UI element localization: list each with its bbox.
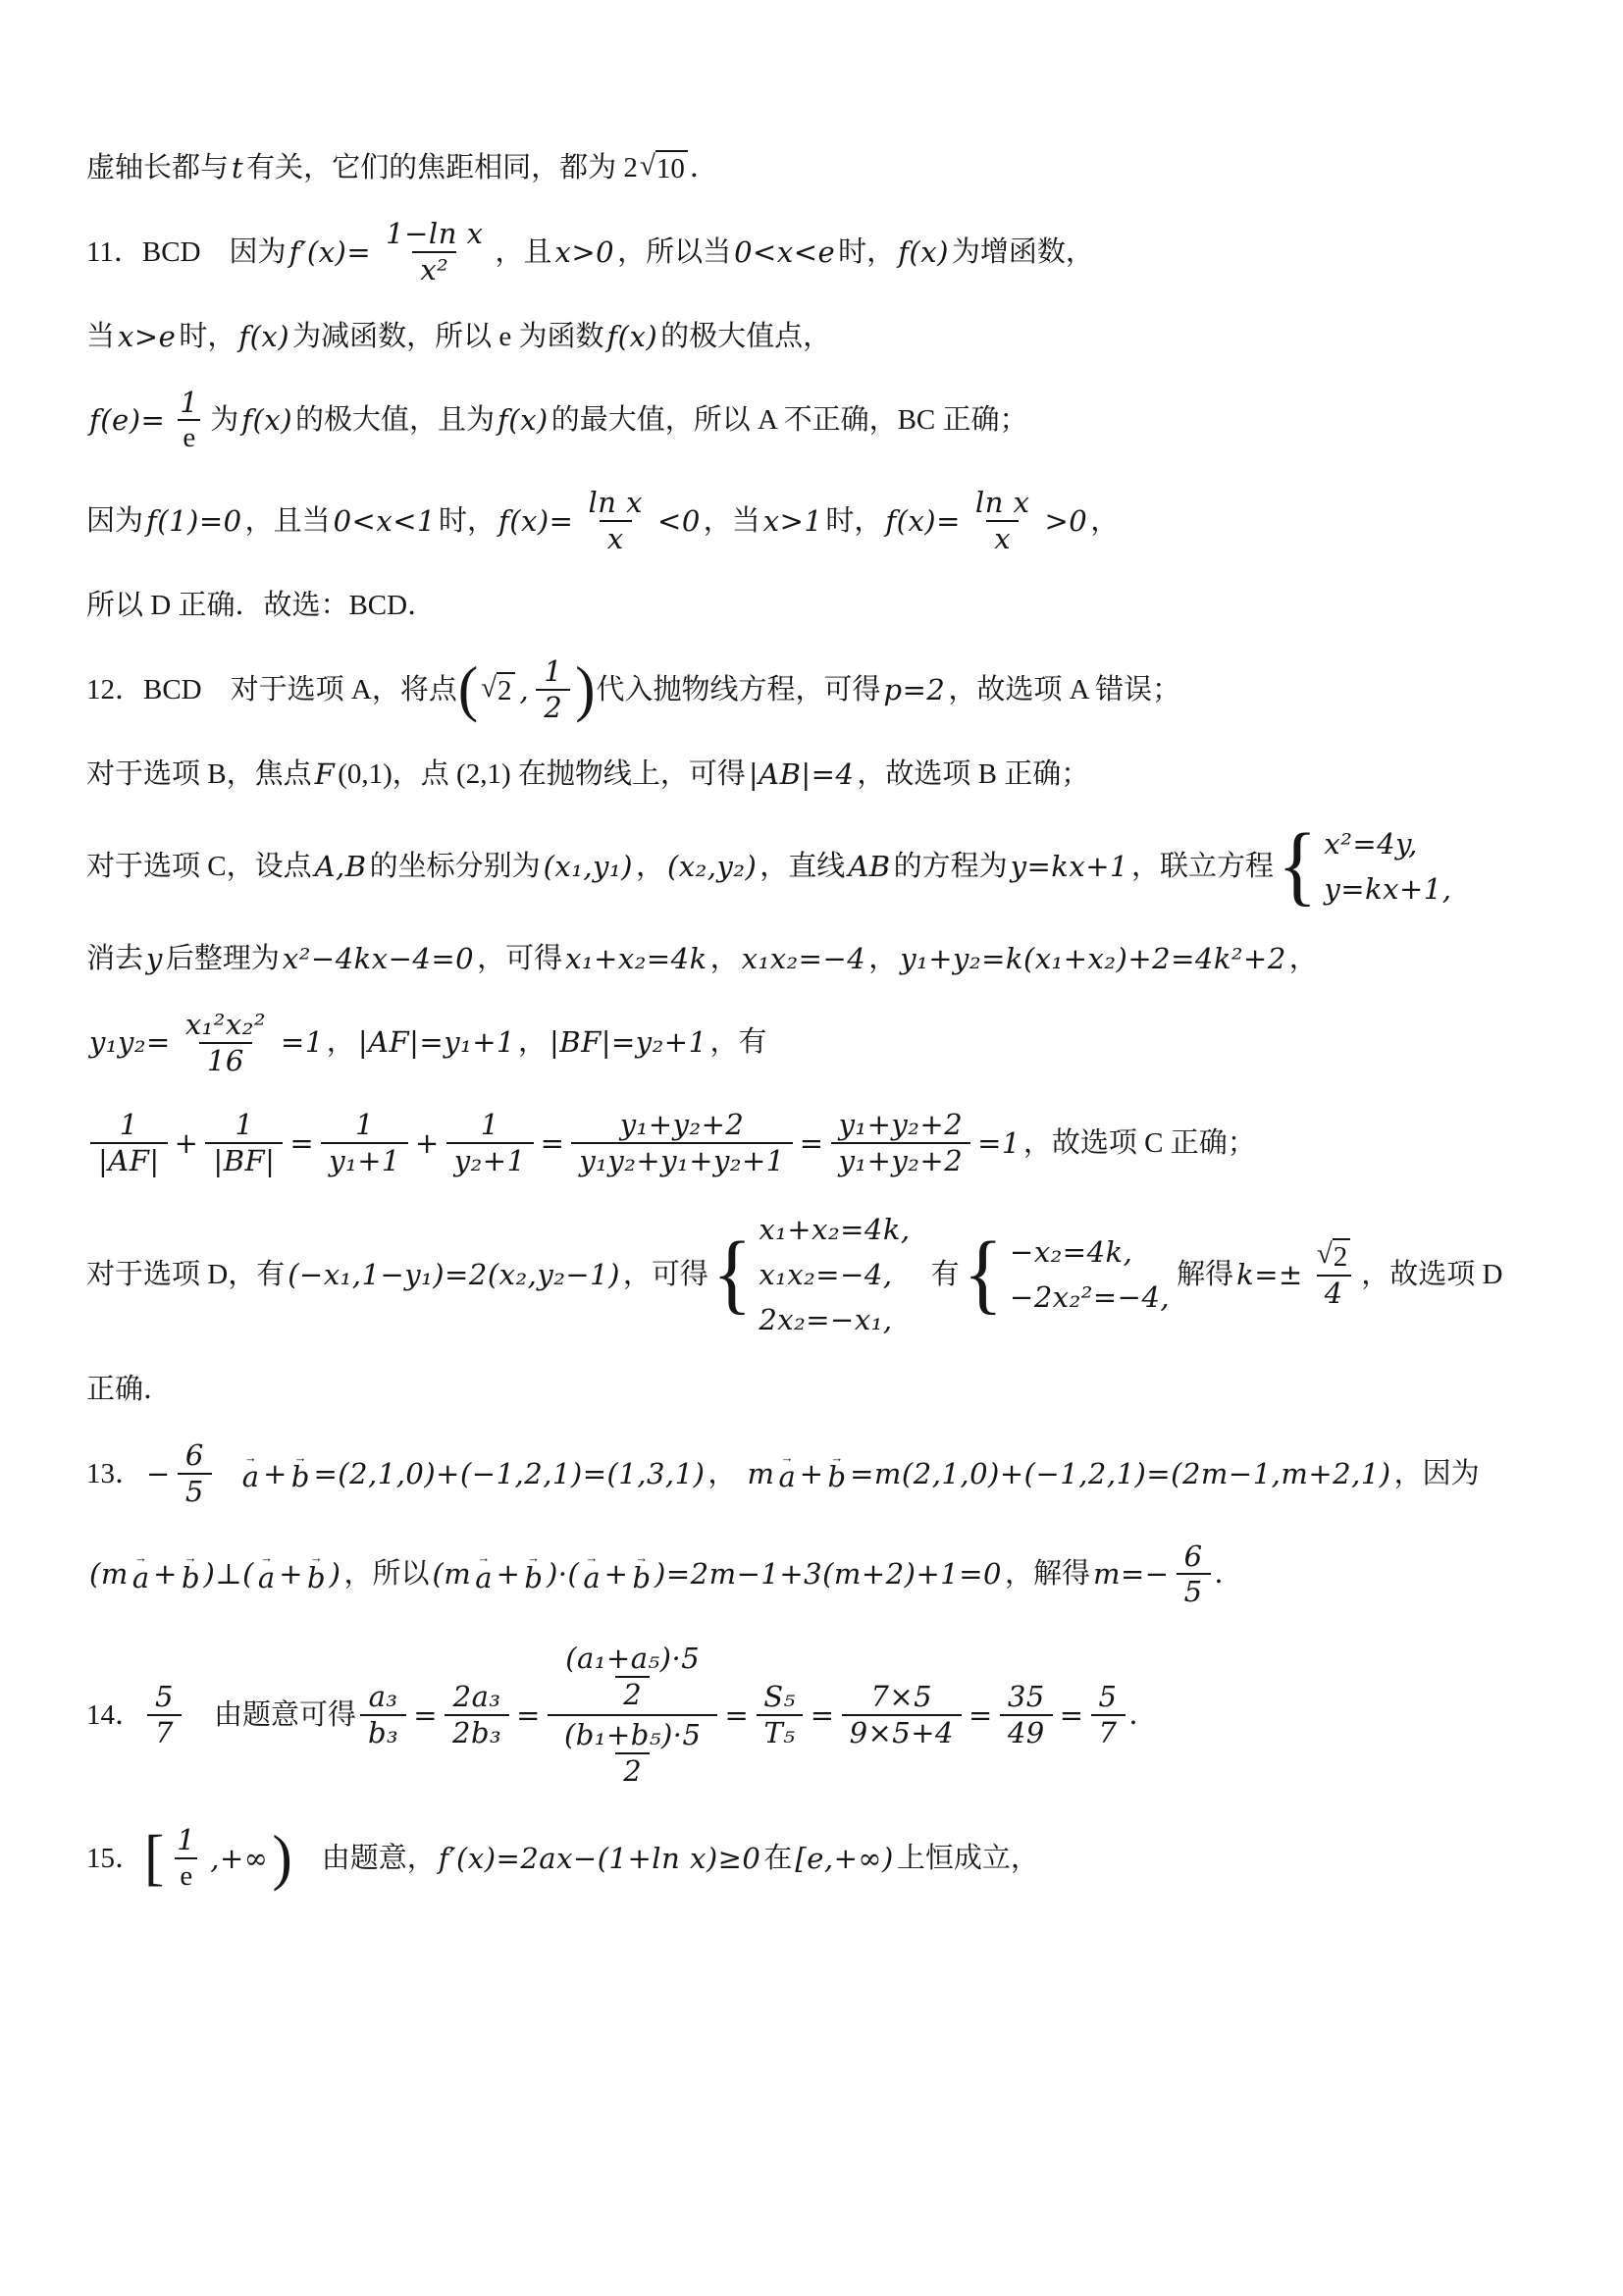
vector: →b xyxy=(307,1554,326,1593)
text-run: 所以 D 正确．故选：BCD． xyxy=(86,585,436,626)
math-run: 4 xyxy=(1322,1277,1346,1311)
answer-13-line-2: (m→a+→b)⊥(→a+→b)，所以(m→a+→b)·(→a+→b)=2m−1… xyxy=(86,1538,1554,1612)
radical-argument: 2 xyxy=(497,672,515,707)
fraction: 57 xyxy=(147,1680,182,1750)
text-run: 当 xyxy=(86,316,115,357)
text-run: 因为 xyxy=(86,500,143,542)
math-run: y₁y₂+y₁+y₂+1 xyxy=(576,1144,787,1178)
fraction-denominator: 5 xyxy=(1177,1573,1211,1609)
math-run: x₁+x₂=4k xyxy=(562,938,710,979)
math-run: = xyxy=(1057,1695,1087,1736)
vector-letter: b xyxy=(524,1563,543,1594)
fraction: 57 xyxy=(1091,1680,1126,1750)
math-run: (−x₁,1−y₁)=2(x₂,y₂−1) xyxy=(285,1254,623,1295)
vector: →a xyxy=(258,1554,275,1593)
vector: →b xyxy=(828,1454,847,1493)
math-run: x₁x₂=−4 xyxy=(739,938,869,979)
math-run: )=2m−1+3(m+2)+1=0 xyxy=(652,1553,1005,1594)
fraction: S₅T₅ xyxy=(756,1680,804,1750)
fraction-denominator: 2 xyxy=(536,689,570,725)
left-brace-icon: { xyxy=(1278,826,1317,907)
spacer xyxy=(216,1473,241,1474)
system-row: −x₂=4k, xyxy=(1007,1231,1135,1273)
math-run: 1 xyxy=(177,386,201,420)
fraction-numerator: S₅ xyxy=(756,1680,804,1714)
math-run: >0 xyxy=(1041,500,1090,542)
math-run: + xyxy=(150,1553,181,1594)
answer-11-line-3: f(e)=1e为f(x)的极大值，且为f(x)的最大值，所以 A 不正确，BC … xyxy=(86,384,1554,458)
math-run: 1 xyxy=(541,654,565,689)
spacer xyxy=(736,1473,744,1474)
fraction-denominator: y₁+y₂+2 xyxy=(831,1142,971,1178)
answer-14-line-1: 14．57 由题意可得a₃b₃=2a₃2b₃=(a₁+a₅)·52(b₁+b₅)… xyxy=(86,1638,1554,1792)
text-run: ，直线 xyxy=(759,846,845,887)
solution-lines-container: 虚轴长都与t有关，它们的焦距相同，都为 2√10．11．BCD 因为f′(x)=… xyxy=(86,147,1554,1896)
math-run: x>0 xyxy=(551,232,617,273)
fraction-numerator: ln x xyxy=(580,486,651,520)
math-run: =(2,1,0)+(−1,2,1)=(1,3,1) xyxy=(310,1453,707,1494)
text-run: 14． xyxy=(86,1695,143,1736)
math-run: f(x) xyxy=(603,316,660,357)
math-run: 2 xyxy=(620,1678,645,1712)
math-run: = xyxy=(808,1695,838,1736)
fraction: ln xx xyxy=(968,486,1038,556)
text-run: 12．BCD 对于选项 A，将点 xyxy=(86,669,457,710)
math-run: k=± xyxy=(1233,1254,1306,1295)
fraction-numerator: 7×5 xyxy=(863,1680,940,1714)
math-run: f′(x)= xyxy=(287,232,375,273)
math-run: y₁+1 xyxy=(326,1144,403,1178)
vector-letter: a xyxy=(132,1563,149,1594)
answer-sheet-page: 虚轴长都与t有关，它们的焦距相同，都为 2√10．11．BCD 因为f′(x)=… xyxy=(0,0,1623,1981)
text-run: 有关，它们的焦距相同，都为 2 xyxy=(246,147,638,188)
text-run: ，故选项 C 正确； xyxy=(1023,1122,1256,1164)
math-run: 7 xyxy=(152,1716,177,1750)
math-run: A,B xyxy=(312,846,370,887)
answer-12-line-7: 对于选项 D，有(−x₁,1−y₁)=2(x₂,y₂−1)，可得{x₁+x₂=4… xyxy=(86,1207,1554,1342)
fraction-denominator: 5 xyxy=(178,1473,212,1509)
answer-15-line-1: 15．[1e,+∞) 由题意，f′(x)=2ax−(1+ln x)≥0在[e,+… xyxy=(86,1821,1554,1896)
math-run: 7×5 xyxy=(867,1680,935,1714)
answer-12-line-5: y₁y₂=x₁²x₂²16=1，|AF|=y₁+1，|BF|=y₂+1，有 xyxy=(86,1006,1554,1080)
vector: →b xyxy=(524,1554,543,1593)
text-run: ， xyxy=(327,1021,355,1063)
fraction-denominator: T₅ xyxy=(757,1714,804,1750)
math-run: , xyxy=(517,669,533,710)
fraction-numerator: √2 xyxy=(1310,1238,1357,1274)
math-run: −x₂=4k, xyxy=(1007,1231,1135,1273)
vector: →a xyxy=(242,1454,259,1493)
fraction-denominator: y₁+1 xyxy=(321,1142,408,1178)
math-run: + xyxy=(260,1453,290,1494)
fraction-numerator: 35 xyxy=(1000,1680,1053,1714)
text-run: ． xyxy=(1129,1695,1158,1736)
fraction-denominator: b₃ xyxy=(360,1714,406,1750)
vector-letter: b xyxy=(182,1563,200,1594)
math-run: x xyxy=(604,522,627,556)
math-run: 5 xyxy=(1181,1575,1206,1609)
answer-12-line-2: 对于选项 B，焦点F(0,1)，点 (2,1) 在抛物线上，可得|AB|=4，故… xyxy=(86,754,1554,795)
text-run: (0,1)，点 (2,1) 在抛物线上，可得 xyxy=(338,754,746,795)
system-rows: x₁+x₂=4k,x₁x₂=−4,2x₂=−x₁, xyxy=(756,1209,913,1340)
left-brace-icon: { xyxy=(964,1234,1003,1315)
vector-letter: a xyxy=(475,1563,492,1594)
answer-11-line-5: 所以 D 正确．故选：BCD． xyxy=(86,585,1554,626)
fraction-numerator: (a₁+a₅)·52 xyxy=(549,1640,716,1714)
fraction-denominator: x² xyxy=(412,251,456,287)
fraction: 2a₃2b₃ xyxy=(445,1680,509,1750)
math-run: x²−4kx−4=0 xyxy=(280,938,477,979)
math-run: t xyxy=(229,147,246,188)
answer-13-line-1: 13．−65→a+→b=(2,1,0)+(−1,2,1)=(1,3,1)，m→a… xyxy=(86,1436,1554,1511)
math-run: F xyxy=(312,754,339,795)
fraction: 1y₁+1 xyxy=(321,1108,408,1178)
math-run: 1−ln x xyxy=(383,217,486,251)
text-run: ， xyxy=(707,1453,736,1494)
big-bracket: [ xyxy=(144,1829,164,1889)
vector-letter: a xyxy=(583,1563,600,1594)
math-run: 2b₃ xyxy=(449,1716,504,1750)
text-run: 代入抛物线方程，可得 xyxy=(596,669,880,710)
text-run: ，联立方程 xyxy=(1131,846,1274,887)
text-run: 正确． xyxy=(86,1369,172,1410)
text-run: 有 xyxy=(931,1254,960,1295)
math-run: p=2 xyxy=(881,669,949,710)
fraction-numerator: 1 xyxy=(536,654,570,689)
text-run: ， xyxy=(636,846,664,887)
math-run: = xyxy=(410,1695,441,1736)
vector-letter: b xyxy=(291,1462,310,1493)
text-run: 为增函数， xyxy=(952,232,1094,273)
vector: →a xyxy=(583,1554,600,1593)
math-run: ) xyxy=(327,1553,344,1594)
fraction-denominator: y₂+1 xyxy=(446,1142,534,1178)
math-run: f(1)=0 xyxy=(143,500,245,542)
text-run: ，所以当 xyxy=(617,232,731,273)
math-run: + xyxy=(276,1553,306,1594)
text-run: 上恒成立， xyxy=(897,1838,1039,1879)
fraction: 3549 xyxy=(1000,1680,1053,1750)
answer-12-line-3: 对于选项 C，设点A,B的坐标分别为(x₁,y₁)，(x₂,y₂)，直线AB的方… xyxy=(86,821,1554,912)
math-run: b₃ xyxy=(365,1716,401,1750)
math-run: = xyxy=(966,1695,996,1736)
fraction: √24 xyxy=(1310,1238,1357,1310)
fraction-denominator: 4 xyxy=(1317,1275,1351,1311)
text-run: 由题意可得 xyxy=(185,1695,356,1736)
text-run: 时， xyxy=(439,500,496,542)
math-run: |BF| xyxy=(210,1144,278,1178)
math-run: y₁+y₂+2 xyxy=(836,1144,967,1178)
math-run: 1 xyxy=(232,1108,256,1142)
radical: √2 xyxy=(481,672,514,707)
math-run: |AF| xyxy=(95,1144,163,1178)
math-run: ln x xyxy=(585,486,646,520)
fraction-denominator: 2b₃ xyxy=(445,1714,509,1750)
system-row: −2x₂²=−4, xyxy=(1007,1277,1173,1318)
fraction-numerator: x₁²x₂² xyxy=(178,1008,274,1042)
fraction-denominator: 7 xyxy=(1091,1714,1126,1750)
system-row: y=kx+1, xyxy=(1321,868,1454,910)
text-run: 的最大值，所以 A 不正确，BC 正确； xyxy=(551,399,1028,441)
math-run: |BF|=y₂+1 xyxy=(547,1021,710,1063)
math-run: −2x₂²=−4, xyxy=(1007,1277,1173,1318)
math-run: 6 xyxy=(183,1438,207,1473)
fraction: ln xx xyxy=(580,486,651,556)
text-run: 对于选项 B，焦点 xyxy=(86,754,312,795)
math-run: x₁x₂=−4, xyxy=(756,1254,895,1295)
fraction-numerator: 1 xyxy=(172,386,206,420)
answer-11-line-2: 当x>e时，f(x)为减函数，所以 e 为函数f(x)的极大值点， xyxy=(86,316,1554,357)
text-run: 10 xyxy=(656,153,685,185)
fraction: y₁+y₂+2y₁+y₂+2 xyxy=(831,1108,971,1178)
text-run: ． xyxy=(690,147,718,188)
system-row: x₁+x₂=4k, xyxy=(756,1209,913,1250)
fraction-numerator: 1 xyxy=(227,1108,261,1142)
vector: →b xyxy=(182,1554,200,1593)
math-run: f(x) xyxy=(238,399,295,441)
math-run: 2x₂=−x₁, xyxy=(756,1299,895,1340)
math-run: =1 xyxy=(278,1021,327,1063)
vector: →a xyxy=(132,1554,149,1593)
text-run: ，且当 xyxy=(245,500,331,542)
radical: √2 xyxy=(1317,1238,1350,1274)
fraction-denominator: e xyxy=(178,419,200,455)
math-run: + xyxy=(797,1453,827,1494)
text-run: 时， xyxy=(838,232,895,273)
math-run: + xyxy=(412,1122,443,1164)
math-run: 1 xyxy=(478,1108,502,1142)
text-run: ， xyxy=(1289,938,1318,979)
fraction: 12 xyxy=(536,654,570,725)
text-run: 消去 xyxy=(86,938,143,979)
answer-12-line-1: 12．BCD 对于选项 A，将点(√2,12)代入抛物线方程，可得p=2，故选项… xyxy=(86,652,1554,727)
math-run: y₂+1 xyxy=(451,1144,529,1178)
fraction-numerator: (b₁+b₅)·5 xyxy=(556,1718,708,1752)
radical-sign-icon: √ xyxy=(1317,1239,1333,1271)
vector-letter: b xyxy=(307,1563,326,1594)
fraction-denominator: 7 xyxy=(147,1714,182,1750)
text-run: ，故选项 B 正确； xyxy=(857,754,1089,795)
radical-sign-icon: √ xyxy=(481,673,497,704)
math-run: f(x) xyxy=(895,232,952,273)
math-run: x₁+x₂=4k, xyxy=(756,1209,913,1250)
vector-letter: a xyxy=(258,1563,275,1594)
math-run: + xyxy=(494,1553,524,1594)
text-run: 对于选项 D，有 xyxy=(86,1254,285,1295)
big-bracket: ) xyxy=(575,659,595,719)
text-run: e xyxy=(183,421,195,455)
math-run: 2 xyxy=(541,691,565,725)
text-run: e xyxy=(180,1859,192,1894)
line-10-tail: 虚轴长都与t有关，它们的焦距相同，都为 2√10． xyxy=(86,147,1554,188)
vector: →a xyxy=(475,1554,492,1593)
text-run: ， xyxy=(518,1021,547,1063)
fraction: 65 xyxy=(178,1438,212,1509)
radical-argument: 2 xyxy=(1333,1238,1351,1274)
big-bracket: ( xyxy=(458,659,478,719)
answer-12-line-4: 消去y后整理为x²−4kx−4=0，可得x₁+x₂=4k，x₁x₂=−4，y₁+… xyxy=(86,938,1554,979)
math-run: f(x)= xyxy=(882,500,964,542)
text-run: ， xyxy=(1090,500,1119,542)
text-run: 的方程为 xyxy=(894,846,1008,887)
math-run: 35 xyxy=(1005,1680,1048,1714)
fraction: (b₁+b₅)·52 xyxy=(556,1718,708,1789)
fraction-numerator: 6 xyxy=(178,1438,212,1473)
answer-12-line-6: 1|AF|+1|BF|=1y₁+1+1y₂+1=y₁+y₂+2y₁y₂+y₁+y… xyxy=(86,1106,1554,1180)
fraction-numerator: ln x xyxy=(968,486,1038,520)
system-row: 2x₂=−x₁, xyxy=(756,1299,895,1340)
fraction: 1|AF| xyxy=(90,1108,168,1178)
fraction-numerator: a₃ xyxy=(361,1680,406,1714)
text-run: 的极大值点， xyxy=(660,316,831,357)
fraction-numerator: 2a₃ xyxy=(445,1680,509,1714)
fraction-denominator: 9×5+4 xyxy=(842,1714,962,1750)
math-run: (m xyxy=(429,1553,474,1594)
fraction: 65 xyxy=(1177,1539,1211,1610)
text-run: 为减函数，所以 e 为函数 xyxy=(292,316,603,357)
math-run: f(x) xyxy=(495,399,551,441)
math-run: =m(2,1,0)+(−1,2,1)=(2m−1,m+2,1) xyxy=(847,1453,1394,1494)
text-run: 时， xyxy=(179,316,236,357)
fraction-denominator: |BF| xyxy=(205,1142,283,1178)
fraction: (a₁+a₅)·52(b₁+b₅)·52 xyxy=(548,1640,717,1790)
math-run: y₁y₂= xyxy=(86,1021,174,1063)
math-run: 9×5+4 xyxy=(847,1716,957,1750)
fraction-denominator: y₁y₂+y₁+y₂+1 xyxy=(571,1142,792,1178)
fraction-denominator: e xyxy=(175,1857,197,1894)
text-run: ， xyxy=(710,938,739,979)
math-run: 1 xyxy=(352,1108,377,1142)
fraction: 1|BF| xyxy=(205,1108,283,1178)
fraction-numerator: 1 xyxy=(473,1108,507,1142)
text-run: 2 xyxy=(1334,1241,1348,1274)
math-run: AB xyxy=(845,846,893,887)
math-run: y₁+y₂+2 xyxy=(617,1108,748,1142)
vector: →a xyxy=(778,1454,795,1493)
fraction-numerator: 1 xyxy=(347,1108,382,1142)
big-bracket: ) xyxy=(272,1829,291,1889)
math-run: 6 xyxy=(1181,1539,1206,1574)
math-run: (b₁+b₅)·5 xyxy=(561,1718,704,1752)
math-run: T₅ xyxy=(761,1716,799,1750)
math-run: )·( xyxy=(544,1553,582,1594)
math-run: S₅ xyxy=(760,1680,799,1714)
spacer xyxy=(917,1274,931,1275)
math-run: + xyxy=(172,1122,202,1164)
math-run: m=− xyxy=(1090,1553,1173,1594)
fraction: y₁+y₂+2y₁y₂+y₁+y₂+1 xyxy=(571,1108,792,1178)
fraction-numerator: 5 xyxy=(147,1680,182,1714)
fraction-denominator: 2 xyxy=(615,1752,650,1789)
math-run: + xyxy=(602,1553,632,1594)
math-run: 0<x<1 xyxy=(331,500,439,542)
fraction: 7×59×5+4 xyxy=(842,1680,962,1750)
math-run: (a₁+a₅)·5 xyxy=(562,1642,703,1676)
fraction-numerator: (a₁+a₅)·5 xyxy=(557,1642,707,1676)
text-run: 2 xyxy=(497,675,512,707)
system-rows: −x₂=4k,−2x₂²=−4, xyxy=(1007,1231,1173,1318)
text-run: ，故选项 A 错误； xyxy=(948,669,1180,710)
fraction-denominator: 49 xyxy=(1000,1714,1053,1750)
text-run: ，所以 xyxy=(343,1553,429,1594)
math-run: x² xyxy=(417,253,451,287)
math-run: (x₁,y₁) xyxy=(541,846,636,887)
math-run: = xyxy=(797,1122,827,1164)
math-run: f(x) xyxy=(236,316,292,357)
math-run: x xyxy=(991,522,1014,556)
fraction: (a₁+a₅)·52 xyxy=(557,1642,707,1712)
math-run: ,+∞ xyxy=(207,1838,271,1879)
text-run: 在 xyxy=(763,1838,792,1879)
text-run: 13． xyxy=(86,1453,143,1494)
math-run: ln x xyxy=(972,486,1033,520)
text-run: ． xyxy=(1215,1553,1243,1594)
math-run: 49 xyxy=(1005,1716,1048,1750)
fraction-numerator: 1 xyxy=(112,1108,146,1142)
math-run: x>1 xyxy=(760,500,826,542)
math-run: = xyxy=(538,1122,568,1164)
fraction: 1e xyxy=(172,386,206,456)
radical: √10 xyxy=(640,150,688,185)
radical-sign-icon: √ xyxy=(640,151,655,183)
math-run: y₁+y₂=k(x₁+x₂)+2=4k²+2 xyxy=(897,938,1289,979)
fraction-numerator: 5 xyxy=(1091,1680,1126,1714)
math-run: <0 xyxy=(654,500,704,542)
fraction-numerator: 6 xyxy=(1177,1539,1211,1574)
equation-system: {x₁+x₂=4k,x₁x₂=−4,2x₂=−x₁, xyxy=(712,1209,914,1340)
fraction-numerator: y₁+y₂+2 xyxy=(612,1108,753,1142)
vector-letter: b xyxy=(632,1563,651,1594)
fraction-numerator: 1−ln x xyxy=(378,217,491,251)
text-run: ，解得 xyxy=(1005,1553,1090,1594)
math-run: f(e)= xyxy=(86,399,168,441)
fraction: a₃b₃ xyxy=(360,1680,406,1750)
text-run: 的极大值，且为 xyxy=(295,399,495,441)
math-run: y=kx+1 xyxy=(1008,846,1131,887)
left-brace-icon: { xyxy=(712,1234,752,1315)
fraction: 1y₂+1 xyxy=(446,1108,534,1178)
vector-letter: a xyxy=(242,1462,259,1493)
text-run: 的坐标分别为 xyxy=(370,846,541,887)
text-run: 15． xyxy=(86,1838,143,1879)
fraction-denominator: x xyxy=(986,520,1019,556)
math-run: = xyxy=(287,1122,317,1164)
text-run: 后整理为 xyxy=(166,938,280,979)
fraction-numerator: 1 xyxy=(169,1823,203,1857)
text-run: ， xyxy=(868,938,897,979)
math-run: x²=4y, xyxy=(1321,823,1420,864)
math-run: f′(x)=2ax−(1+ln x)≥0 xyxy=(436,1838,764,1879)
math-run: y=kx+1, xyxy=(1321,868,1454,910)
math-run: (x₂,y₂) xyxy=(664,846,759,887)
math-run: 5 xyxy=(152,1680,177,1714)
math-run: 2a₃ xyxy=(450,1680,504,1714)
math-run: =1 xyxy=(974,1122,1023,1164)
fraction-denominator: x xyxy=(600,520,632,556)
math-run: y₁+y₂+2 xyxy=(836,1108,967,1142)
vector: →b xyxy=(632,1554,651,1593)
text-run: 11．BCD 因为 xyxy=(86,232,287,273)
text-run: 为 xyxy=(210,399,238,441)
answer-11-line-4: 因为f(1)=0，且当0<x<1时，f(x)=ln xx<0，当x>1时，f(x… xyxy=(86,484,1554,558)
text-run: 对于选项 C，设点 xyxy=(86,846,312,887)
text-run: ，可得 xyxy=(623,1254,708,1295)
math-run: 2 xyxy=(620,1754,645,1789)
vector: →b xyxy=(291,1454,310,1493)
radical-argument: 10 xyxy=(655,150,688,185)
math-run: )⊥( xyxy=(201,1553,257,1594)
vector-letter: b xyxy=(828,1462,847,1493)
